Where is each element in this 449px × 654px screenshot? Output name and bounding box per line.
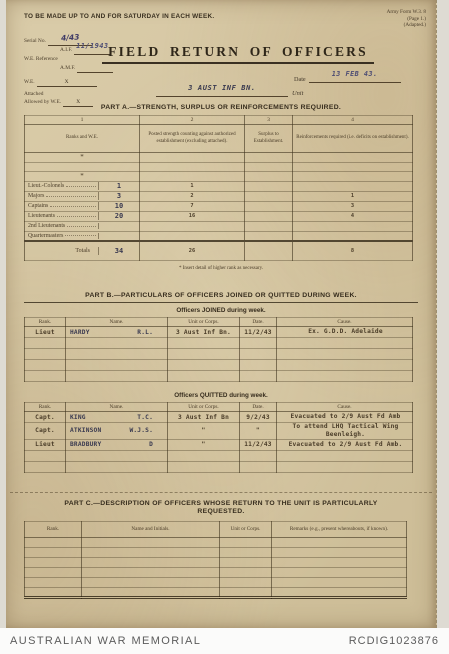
unit-value: 3 Aust Inf Bn. [168,327,240,338]
quitted-title: Officers QUITTED during week. [24,392,418,399]
amf-row: A.M.F. [24,64,174,73]
surplus-value [245,181,293,191]
totals-reinforcements: 8 [293,241,413,260]
institution-name: AUSTRALIAN WAR MEMORIAL [10,635,201,647]
unit-stamp: 3 AUST INF BN. [188,84,255,92]
empty-row [25,338,413,349]
officers-quitted-table: Rank. Name. Unit or Corps. Date. Cause. … [24,402,413,473]
header-row: Rank. Name. Unit or Corps. Date. Cause. [25,318,413,327]
table-row: Lieut.-Colonels1 1 [25,181,413,191]
amf-label: A.M.F. [60,65,75,71]
posted-value: 2 [140,191,245,201]
empty-row [25,538,407,548]
part-c-title-line2: REQUESTED. [24,508,418,515]
posted-value: 16 [140,211,245,221]
we-value: 10 [98,202,139,210]
dotted-leader [66,186,96,187]
col-header-name: Name. [66,403,168,412]
empty-row [25,558,407,568]
col-header-ranks: Ranks and W.E. [25,125,140,153]
empty-cell [245,153,293,163]
rank-value: Lieut [25,327,66,338]
totals-row: Totals34 26 8 [25,241,413,260]
part-b-title: PART B.—PARTICULARS OF OFFICERS JOINED O… [24,292,418,303]
reinforcements-value: 1 [293,191,413,201]
col-header-unit: Unit or Corps. [168,403,240,412]
empty-cell [293,162,413,172]
totals-label: Totals [25,248,98,254]
date-stamp: 13 FEB 43. [332,70,378,78]
rank-cell: Lieutenants20 [25,211,140,221]
date-value: 11/2/43 [240,439,277,450]
table-row: Captains10 7 3 [25,201,413,211]
empty-cell [140,162,245,172]
col-header-reinforcements: Reinforcements required (i.e. deficits o… [293,125,413,153]
cause-value: Evacuated to 2/9 Aust Fd Amb. [277,439,413,450]
we-value: X [37,78,97,87]
unit-ditto: " [168,423,240,440]
posted-value: 1 [140,181,245,191]
rank-label: Captains [25,203,48,209]
attached-row: Attached [24,91,174,98]
rank-label: Majors [25,193,44,199]
date-value: 9/2/43 [240,412,277,423]
form-number: Army Form W.3. 8 [387,9,426,16]
empty-cell [245,231,293,241]
asterisk: * [80,172,84,180]
asterisk: * [80,153,84,161]
empty-cell [293,153,413,163]
page-title: FIELD RETURN OF OFFICERS [102,44,374,64]
part-b-section: PART B.—PARTICULARS OF OFFICERS JOINED O… [24,292,418,473]
rank-cell: Majors3 [25,191,140,201]
col-header-name-initials: Name and Initials. [82,522,220,538]
perforation-line [10,492,432,493]
col-header-rank: Rank. [25,318,66,327]
empty-cell [140,221,245,231]
we-value: 20 [98,212,139,220]
empty-row [25,588,407,598]
surname: BRADBURY [70,441,101,448]
totals-surplus [245,241,293,260]
col-number: 3 [245,116,293,125]
col-header-unit: Unit or Corps. [220,522,272,538]
col-number: 1 [25,116,140,125]
totals-posted: 26 [140,241,245,260]
officer-row: Lieut HARDYR.L. 3 Aust Inf Bn. 11/2/43 E… [25,327,413,338]
col-header-date: Date. [240,318,277,327]
surplus-value [245,211,293,221]
rank-cell: * [25,153,140,163]
reinforcements-value [293,181,413,191]
rank-cell: Lieut.-Colonels1 [25,181,140,191]
name-cell: ATKINSONW.J.S. [66,423,168,440]
cause-value: To attend LHQ Tactical Wing Beenleigh. [277,423,413,440]
table-row: Lieutenants20 16 4 [25,211,413,221]
name-cell: HARDYR.L. [66,327,168,338]
date-row: Date13 FEB 43. [294,74,401,83]
date-label: Date [294,76,306,83]
name-cell: BRADBURYD [66,439,168,450]
col-header-unit: Unit or Corps. [168,318,240,327]
we-label: W.E. [24,79,35,85]
totals-we: 34 [98,247,139,255]
we-row: W.E.X [24,78,174,87]
initials: T.C. [137,414,153,421]
form-number-block: Army Form W.3. 8 (Page 1.) (Adapted.) [387,9,426,29]
part-a-title: PART A.—STRENGTH, SURPLUS OR REINFORCEME… [24,104,418,111]
surplus-value [245,201,293,211]
header-row: Rank. Name. Unit or Corps. Date. Cause. [25,403,413,412]
weekly-instruction: TO BE MADE UP TO AND FOR SATURDAY IN EAC… [24,13,214,20]
rank-cell: * [25,172,140,182]
initials: R.L. [137,329,153,336]
dotted-leader [65,235,96,236]
empty-row [25,461,413,472]
column-number-row: 1 2 3 4 [25,116,413,125]
empty-cell [293,172,413,182]
reinforcements-value: 4 [293,211,413,221]
officers-joined-table: Rank. Name. Unit or Corps. Date. Cause. … [24,317,413,382]
rank-value: Lieut [25,439,66,450]
rank-cell: 2nd Lieutenants [25,221,140,231]
empty-row [25,450,413,461]
empty-row [25,371,413,382]
officer-row: Capt. KINGT.C. 3 Aust Inf Bn 9/2/43 Evac… [25,412,413,423]
surname: HARDY [70,329,90,336]
amf-line [77,64,113,73]
dotted-leader [57,216,96,217]
unit-row: 3 AUST INF BN.Unit [156,88,303,97]
archive-footer: AUSTRALIAN WAR MEMORIAL RCDIG1023876 [0,628,449,654]
we-value [98,223,139,229]
empty-cell [293,221,413,231]
col-header-rank: Rank. [25,403,66,412]
empty-row [25,568,407,578]
rank-label: Lieutenants [25,213,55,219]
dotted-leader [67,226,96,227]
unit-ditto: " [168,439,240,450]
we-reference-label: W.E. Reference [24,56,58,62]
col-header-name: Name. [66,318,168,327]
empty-row [25,548,407,558]
rank-label: Quartermasters [25,233,63,239]
name-cell: KINGT.C. [66,412,168,423]
surplus-value [245,191,293,201]
part-a-section: PART A.—STRENGTH, SURPLUS OR REINFORCEME… [24,104,418,271]
surname: KING [70,414,86,421]
we-value: 3 [98,192,139,200]
rank-value: Capt. [25,423,66,440]
dotted-leader [46,196,96,197]
col-header-surplus: Surplus to Establishment. [245,125,293,153]
col-header-cause: Cause. [277,403,413,412]
table-row: Quartermasters [25,231,413,241]
date-line: 13 FEB 43. [309,74,401,83]
serial-label: Serial No. [24,38,46,44]
col-header-posted: Posted strength counting against authori… [140,125,245,153]
officer-row: Capt. ATKINSONW.J.S. " " To attend LHQ T… [25,423,413,440]
col-number: 4 [293,116,413,125]
we-value: 1 [98,182,139,190]
empty-row [25,360,413,371]
unit-value: 3 Aust Inf Bn [168,412,240,423]
empty-row [25,349,413,360]
table-row [25,162,413,172]
col-header-date: Date. [240,403,277,412]
rank-value: Capt. [25,412,66,423]
rank-cell: Quartermasters [25,231,140,241]
posted-value: 7 [140,201,245,211]
empty-cell [245,221,293,231]
empty-cell [245,162,293,172]
joined-title: Officers JOINED during week. [24,307,418,314]
reference-id: RCDIG1023876 [349,635,439,647]
table-row: * [25,153,413,163]
part-a-table: 1 2 3 4 Ranks and W.E. Posted strength c… [24,115,413,261]
reinforcements-value: 3 [293,201,413,211]
rank-cell [25,162,140,172]
aif-label: A.I.F. [60,47,72,53]
we-value [98,233,139,239]
empty-cell [293,231,413,241]
dotted-leader [50,206,96,207]
table-row: Majors3 2 1 [25,191,413,201]
col-number: 2 [140,116,245,125]
col-header-remarks: Remarks (e.g., present whereabouts, if k… [272,522,407,538]
unit-line: 3 AUST INF BN. [156,88,288,97]
form-paper: TO BE MADE UP TO AND FOR SATURDAY IN EAC… [6,0,437,628]
unit-label: Unit [292,90,303,97]
attached-label: Attached [24,91,43,97]
form-adapted: (Adapted.) [387,22,426,29]
empty-cell [245,172,293,182]
empty-cell [140,153,245,163]
part-c-section: PART C.—DESCRIPTION OF OFFICERS WHOSE RE… [24,500,418,599]
empty-row [25,578,407,588]
rank-label: 2nd Lieutenants [25,223,65,229]
initials: W.J.S. [129,427,153,434]
date-value: 11/2/43 [240,327,277,338]
rank-cell: Captains10 [25,201,140,211]
empty-cell [140,231,245,241]
table-row: 2nd Lieutenants [25,221,413,231]
initials: D [149,441,153,448]
table-row: * [25,172,413,182]
part-a-footnote: * Insert detail of higher rank as necess… [24,266,418,271]
part-c-title-line1: PART C.—DESCRIPTION OF OFFICERS WHOSE RE… [24,500,418,507]
empty-cell [140,172,245,182]
part-c-table: Rank. Name and Initials. Unit or Corps. … [24,521,407,599]
header-row: Rank. Name and Initials. Unit or Corps. … [25,522,407,538]
officer-row: Lieut BRADBURYD " 11/2/43 Evacuated to 2… [25,439,413,450]
totals-cell: Totals34 [25,241,140,260]
rank-label: Lieut.-Colonels [25,183,64,189]
cause-value: Evacuated to 2/9 Aust Fd Amb [277,412,413,423]
surname: ATKINSON [70,427,101,434]
col-header-rank: Rank. [25,522,82,538]
col-header-cause: Cause. [277,318,413,327]
cause-value: Ex. G.D.D. Adelaide [277,327,413,338]
column-header-row: Ranks and W.E. Posted strength counting … [25,125,413,153]
date-ditto: " [240,423,277,440]
